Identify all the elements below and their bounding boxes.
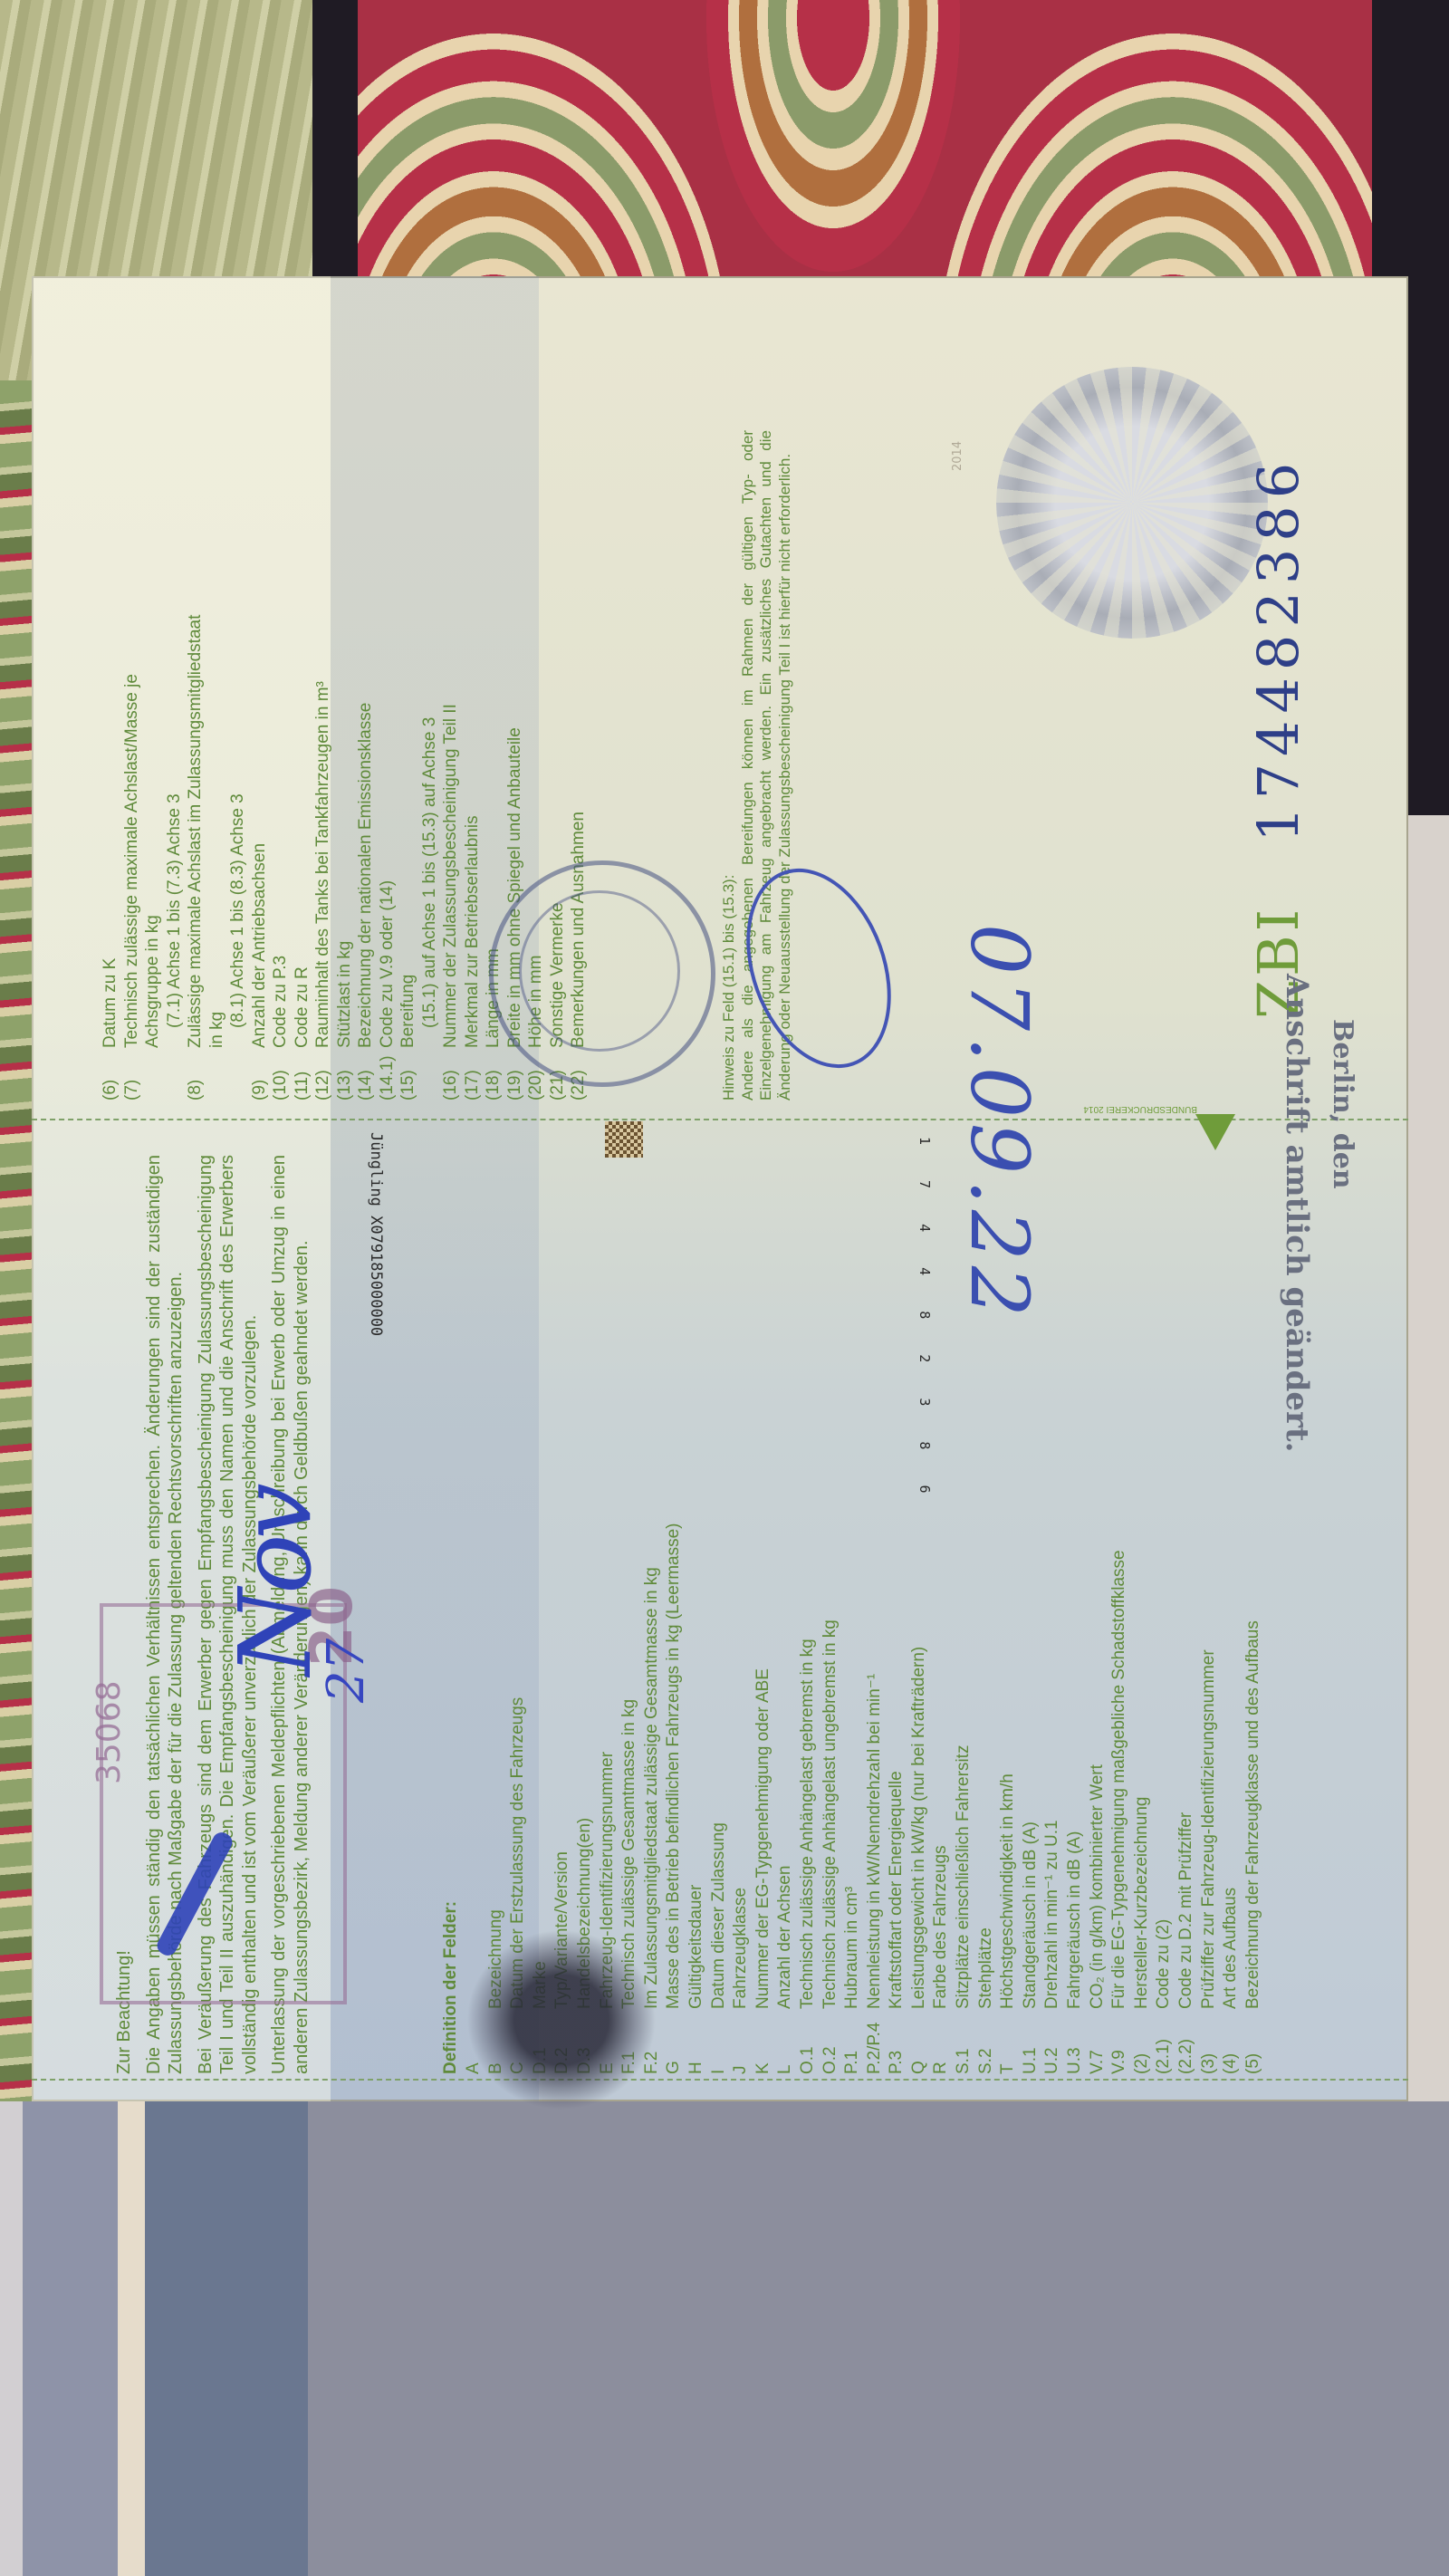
field-row: IDatum dieser Zulassung <box>708 1168 731 2074</box>
field-label: Bezeichnung der Fahrzeugklasse und des A… <box>1243 1620 1265 2009</box>
field-label: Nennleistung in kW/Nenndrehzahl bei min⁻… <box>864 1674 887 2009</box>
field-label: Code zu P.3 <box>270 956 292 1048</box>
field-label: Anzahl der Antriebsachsen <box>249 843 271 1048</box>
field-row: (4)Art des Aufbaus <box>1220 1168 1243 2074</box>
field-code: (10) <box>270 1048 292 1101</box>
field-label: Stehplätze <box>975 1927 998 2009</box>
field-code: (11) <box>292 1048 313 1101</box>
field-code: U.3 <box>1064 2009 1087 2074</box>
document-serial: ZBI174482386 <box>1245 456 1311 1019</box>
field-row: (8)Zulässige maximale Achslast im Zulass… <box>185 285 206 1101</box>
field-label: Fahrgeräusch in dB (A) <box>1064 1831 1087 2009</box>
hint-title: Hinweis zu Feld (15.1) bis (15.3): <box>720 430 739 1101</box>
field-row: (2.2)Code zu D.2 mit Prüfziffer <box>1176 1168 1198 2074</box>
field-row: (14)Bezeichnung der nationalen Emissions… <box>355 285 377 1101</box>
field-label: Sitzplätze einschließlich Fahrersitz <box>953 1745 975 2009</box>
field-code: K <box>753 2009 775 2074</box>
field-label: Code zu D.2 mit Prüfziffer <box>1176 1812 1198 2009</box>
field-code: (15) <box>398 1048 419 1101</box>
field-code: P.2/P.4 <box>864 2009 887 2074</box>
field-row: O.2Technisch zulässige Anhängelast ungeb… <box>820 1168 842 2074</box>
field-label: Hubraum in cm³ <box>841 1887 864 2009</box>
field-label: Drehzahl in min⁻¹ zu U.1 <box>1041 1820 1064 2009</box>
serial-number: 174482386 <box>1245 456 1311 842</box>
field-row: P.2/P.4Nennleistung in kW/Nenndrehzahl b… <box>864 1168 887 2074</box>
field-label: Code zu V.9 oder (14) <box>377 880 398 1048</box>
field-label: Code zu R <box>292 966 313 1048</box>
field-row: (2.1)Code zu (2) <box>1153 1168 1176 2074</box>
field-code: R <box>930 2009 953 2074</box>
field-row: O.1Technisch zulässige Anhängelast gebre… <box>797 1168 820 2074</box>
field-code: (12) <box>312 1048 334 1101</box>
field-label: Farbe des Fahrzeugs <box>930 1845 953 2009</box>
field-row: (7)Technisch zulässige maximale Achslast… <box>121 285 143 1101</box>
field-row: QLeistungsgewicht in kW/kg (nur bei Kraf… <box>908 1168 931 2074</box>
printer-imprint: BUNDESDRUCKEREI 2014 <box>1083 1104 1197 1114</box>
field-code: J <box>730 2009 753 2074</box>
field-row: (10)Code zu P.3 <box>270 285 292 1101</box>
field-code: (8) <box>185 1048 206 1101</box>
field-label: Technisch zulässige Anhängelast gebremst… <box>797 1639 820 2009</box>
field-label: Nummer der Zulassungsbescheinigung Teil … <box>440 704 462 1048</box>
field-row: (2)Hersteller-Kurzbezeichnung <box>1131 1168 1154 2074</box>
stamp-number: 35068 <box>91 1680 128 1784</box>
page-perforation <box>32 2079 1408 2081</box>
field-code <box>206 1048 228 1101</box>
field-label: Stützlast in kg <box>334 941 356 1048</box>
field-row: (9)Anzahl der Antriebsachsen <box>249 285 271 1101</box>
field-code: (19) <box>504 1048 526 1101</box>
field-code: L <box>774 2009 797 2074</box>
field-label: Für die EG-Typgenehmigung maßgebliche Sc… <box>1108 1550 1131 2009</box>
address-changed-stamp: Anschrift amtlich geändert. <box>1279 974 1315 1452</box>
field-code <box>227 1048 249 1101</box>
field-label: (15.1) auf Achse 1 bis (15.3) auf Achse … <box>419 717 441 1048</box>
field-code: (4) <box>1220 2009 1243 2074</box>
page-mark: 2014 <box>951 441 964 471</box>
field-row: (6)Datum zu K <box>100 285 121 1101</box>
field-row: (12)Rauminhalt des Tanks bei Tankfahrzeu… <box>312 285 334 1101</box>
field-code: Q <box>908 2009 931 2074</box>
field-row: THöchstgeschwindigkeit in km/h <box>997 1168 1020 2074</box>
field-code <box>164 1048 186 1101</box>
field-code: O.2 <box>820 2009 842 2074</box>
field-label: Leistungsgewicht in kW/kg (nur bei Kraft… <box>908 1647 931 2009</box>
field-code: U.2 <box>1041 2009 1064 2074</box>
field-row: S.1Sitzplätze einschließlich Fahrersitz <box>953 1168 975 2074</box>
field-code: (2.1) <box>1153 2009 1176 2074</box>
field-code: V.7 <box>1087 2009 1109 2074</box>
field-row: F.1Technisch zulässige Gesamtmasse in kg <box>619 1168 641 2074</box>
field-label: (7.1) Achse 1 bis (7.3) Achse 3 <box>164 793 186 1048</box>
machine-readable-line: Jüngling X079185000000 <box>367 1132 385 1336</box>
field-row: Achsgruppe in kg <box>142 285 164 1101</box>
field-label: Höchstgeschwindigkeit in km/h <box>997 1773 1020 2009</box>
field-label: Masse des in Betrieb befindlichen Fahrze… <box>663 1523 686 2010</box>
field-row: in kg <box>206 285 228 1101</box>
field-row: (7.1) Achse 1 bis (7.3) Achse 3 <box>164 285 186 1101</box>
stamp-city: Berlin, den <box>1327 1019 1358 1189</box>
field-label: Nummer der EG-Typgenehmigung oder ABE <box>753 1668 775 2009</box>
field-row: (17)Merkmal zur Betriebserlaubnis <box>462 285 484 1101</box>
field-code: (17) <box>462 1048 484 1101</box>
field-label: Gültigkeitsdauer <box>686 1885 708 2009</box>
field-row: V.7CO₂ (in g/km) kombinierter Wert <box>1087 1168 1109 2074</box>
signature-date: 27 <box>317 1639 376 1703</box>
field-code: (5) <box>1243 2009 1265 2074</box>
field-label: Code zu (2) <box>1153 1919 1176 2009</box>
field-row: (14.1)Code zu V.9 oder (14) <box>377 285 398 1101</box>
field-row: U.2Drehzahl in min⁻¹ zu U.1 <box>1041 1168 1064 2074</box>
field-code: (14) <box>355 1048 377 1101</box>
field-row: HGültigkeitsdauer <box>686 1168 708 2074</box>
field-row: RFarbe des Fahrzeugs <box>930 1168 953 2074</box>
hologram-seal-icon <box>996 367 1268 639</box>
datamatrix-code-icon <box>605 1121 643 1158</box>
field-code: (18) <box>483 1048 504 1101</box>
field-label: Im Zulassungsmitgliedstaat zulässige Ges… <box>641 1567 664 2009</box>
field-code: H <box>686 2009 708 2074</box>
field-label: Fahrzeugklasse <box>730 1888 753 2009</box>
field-label: in kg <box>206 1012 228 1048</box>
field-label: (8.1) Achse 1 bis (8.3) Achse 3 <box>227 793 249 1048</box>
field-row: A <box>463 1168 485 2074</box>
signature: Nov <box>217 1488 333 1676</box>
field-label: Bereifung <box>398 975 419 1048</box>
field-label: CO₂ (in g/km) kombinierter Wert <box>1087 1764 1109 2009</box>
field-row: KNummer der EG-Typgenehmigung oder ABE <box>753 1168 775 2074</box>
field-label: Anzahl der Achsen <box>774 1866 797 2009</box>
field-code: O.1 <box>797 2009 820 2074</box>
field-row: P.1Hubraum in cm³ <box>841 1168 864 2074</box>
field-row: (13)Stützlast in kg <box>334 285 356 1101</box>
field-code: V.9 <box>1108 2009 1131 2074</box>
field-label: Prüfziffer zur Fahrzeug-Identifizierungs… <box>1198 1649 1221 2009</box>
field-code: U.1 <box>1020 2009 1042 2074</box>
field-row: JFahrzeugklasse <box>730 1168 753 2074</box>
field-code: I <box>708 2009 731 2074</box>
field-row: BBezeichnung <box>485 1168 508 2074</box>
field-label: Achsgruppe in kg <box>142 915 164 1048</box>
field-label: Kraftstoffart oder Energiequelle <box>886 1771 908 2009</box>
field-row: GMasse des in Betrieb befindlichen Fahrz… <box>663 1168 686 2074</box>
field-label: Technisch zulässige Anhängelast ungebrem… <box>820 1620 842 2009</box>
field-code <box>419 1048 441 1101</box>
field-label: Bezeichnung der nationalen Emissionsklas… <box>355 703 377 1048</box>
field-label: Standgeräusch in dB (A) <box>1020 1821 1042 2009</box>
bundesdruckerei-logo-icon <box>1195 1114 1235 1150</box>
table-surface <box>0 2101 1449 2576</box>
field-code: (13) <box>334 1048 356 1101</box>
field-code: (6) <box>100 1048 121 1101</box>
field-row: (16)Nummer der Zulassungsbescheinigung T… <box>440 285 462 1101</box>
field-label: Merkmal zur Betriebserlaubnis <box>462 815 484 1048</box>
field-row: LAnzahl der Achsen <box>774 1168 797 2074</box>
field-code: (2.2) <box>1176 2009 1198 2074</box>
field-row: S.2Stehplätze <box>975 1168 998 2074</box>
field-row: F.2Im Zulassungsmitgliedstaat zulässige … <box>641 1168 664 2074</box>
field-code: (3) <box>1198 2009 1221 2074</box>
field-code: (2) <box>1131 2009 1154 2074</box>
legend-title: Definition der Felder: <box>439 1168 463 2074</box>
field-code: P.1 <box>841 2009 864 2074</box>
field-code: (16) <box>440 1048 462 1101</box>
field-row: (8.1) Achse 1 bis (8.3) Achse 3 <box>227 285 249 1101</box>
field-code: (7) <box>121 1048 143 1101</box>
field-row: (3)Prüfziffer zur Fahrzeug-Identifizieru… <box>1198 1168 1221 2074</box>
field-row: U.1Standgeräusch in dB (A) <box>1020 1168 1042 2074</box>
field-code: S.1 <box>953 2009 975 2074</box>
field-row: (5)Bezeichnung der Fahrzeugklasse und de… <box>1243 1168 1265 2074</box>
field-label: Hersteller-Kurzbezeichnung <box>1131 1797 1154 2009</box>
field-label: Datum dieser Zulassung <box>708 1822 731 2009</box>
field-code: S.2 <box>975 2009 998 2074</box>
field-code: (9) <box>249 1048 271 1101</box>
field-code: P.3 <box>886 2009 908 2074</box>
round-official-stamp <box>489 860 715 1087</box>
field-row: V.9Für die EG-Typgenehmigung maßgebliche… <box>1108 1168 1131 2074</box>
field-row: (15.1) auf Achse 1 bis (15.3) auf Achse … <box>419 285 441 1101</box>
field-code: (14.1) <box>377 1048 398 1101</box>
field-label: Rauminhalt des Tanks bei Tankfahrzeugen … <box>312 681 334 1048</box>
field-label: Technisch zulässige maximale Achslast/Ma… <box>121 674 143 1048</box>
field-row: (15)Bereifung <box>398 285 419 1101</box>
field-row: (11)Code zu R <box>292 285 313 1101</box>
ink-smudge <box>466 1929 657 2110</box>
field-code: G <box>663 2009 686 2074</box>
field-label: Datum zu K <box>100 958 121 1048</box>
field-row: P.3Kraftstoffart oder Energiequelle <box>886 1168 908 2074</box>
field-label: Art des Aufbaus <box>1220 1888 1243 2009</box>
field-label: Zulässige maximale Achslast im Zulassung… <box>185 615 206 1048</box>
field-code: T <box>997 2009 1020 2074</box>
field-row: U.3Fahrgeräusch in dB (A) <box>1064 1168 1087 2074</box>
field-code <box>142 1048 164 1101</box>
